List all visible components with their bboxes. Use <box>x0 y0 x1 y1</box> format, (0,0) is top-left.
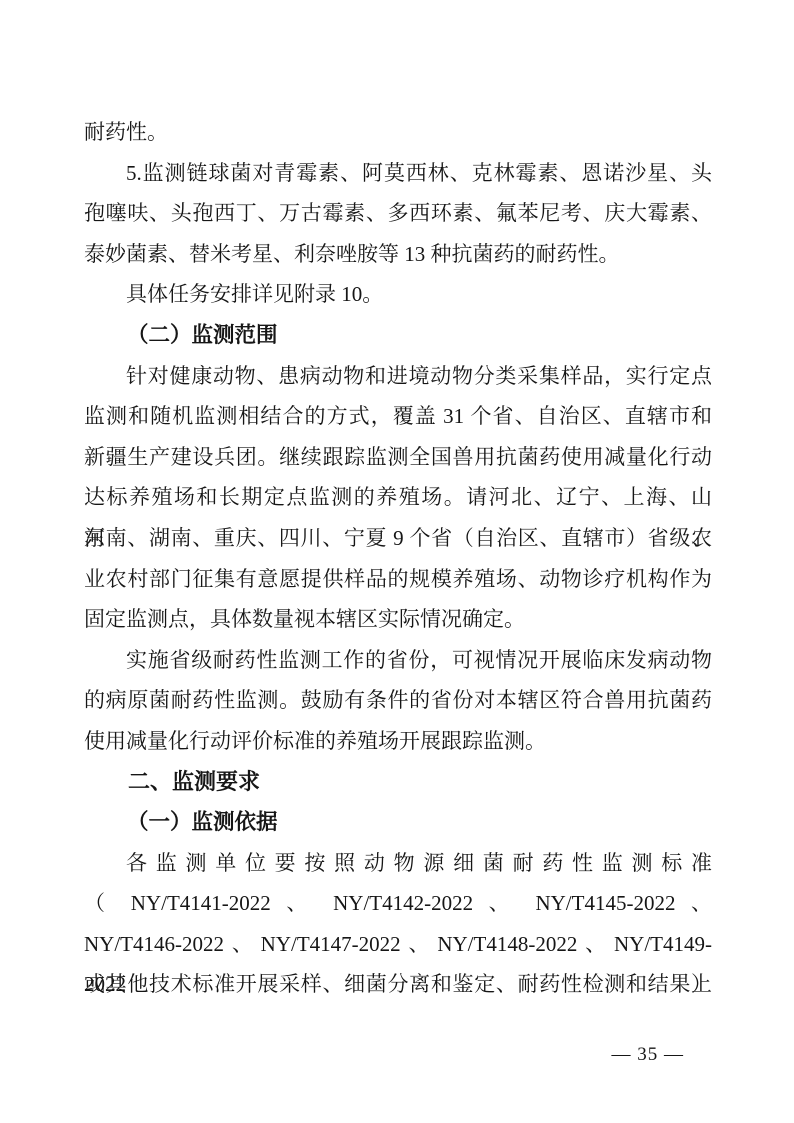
document-page: 耐药性。5.监测链球菌对青霉素、阿莫西林、克林霉素、恩诺沙星、头孢噻呋、头孢西丁… <box>0 0 794 1123</box>
text-line: 孢噻呋、头孢西丁、万古霉素、多西环素、氟苯尼考、庆大霉素、 <box>84 193 712 234</box>
text-line: 业农村部门征集有意愿提供样品的规模养殖场、动物诊疗机构作为 <box>84 559 712 600</box>
heading-sans-line: 二、监测要求 <box>84 762 712 803</box>
text-line: （ NY/T4141-2022 、 NY/T4142-2022 、 NY/T41… <box>84 883 712 924</box>
page-body: 耐药性。5.监测链球菌对青霉素、阿莫西林、克林霉素、恩诺沙星、头孢噻呋、头孢西丁… <box>84 112 712 1005</box>
text-line: 监测和随机监测相结合的方式，覆盖 31 个省、自治区、直辖市和 <box>84 396 712 437</box>
text-line: 具体任务安排详见附录 10。 <box>84 274 712 315</box>
text-line: 的病原菌耐药性监测。鼓励有条件的省份对本辖区符合兽用抗菌药 <box>84 680 712 721</box>
text-line: 耐药性。 <box>84 112 712 153</box>
text-line: 各监测单位要按照动物源细菌耐药性监测标准 <box>84 843 712 884</box>
text-line: 针对健康动物、患病动物和进境动物分类采集样品，实行定点 <box>84 356 712 397</box>
text-line: 泰妙菌素、替米考星、利奈唑胺等 13 种抗菌药的耐药性。 <box>84 234 712 275</box>
heading-serif-line: （二）监测范围 <box>84 315 712 356</box>
text-line: NY/T4146-2022、NY/T4147-2022、NY/T4148-202… <box>84 924 712 965</box>
text-line: 河南、湖南、重庆、四川、宁夏 9 个省（自治区、直辖市）省级农 <box>84 518 712 559</box>
text-line: 达标养殖场和长期定点监测的养殖场。请河北、辽宁、上海、山东、 <box>84 477 712 518</box>
text-line: 或其他技术标准开展采样、细菌分离和鉴定、耐药性检测和结果上 <box>84 964 712 1005</box>
text-line: 新疆生产建设兵团。继续跟踪监测全国兽用抗菌药使用减量化行动 <box>84 437 712 478</box>
page-number: — 35 — <box>612 1044 685 1066</box>
text-line: 5.监测链球菌对青霉素、阿莫西林、克林霉素、恩诺沙星、头 <box>84 153 712 194</box>
heading-serif-line: （一）监测依据 <box>84 802 712 843</box>
text-line: 实施省级耐药性监测工作的省份，可视情况开展临床发病动物 <box>84 640 712 681</box>
text-line: 固定监测点，具体数量视本辖区实际情况确定。 <box>84 599 712 640</box>
text-line: 使用减量化行动评价标准的养殖场开展跟踪监测。 <box>84 721 712 762</box>
